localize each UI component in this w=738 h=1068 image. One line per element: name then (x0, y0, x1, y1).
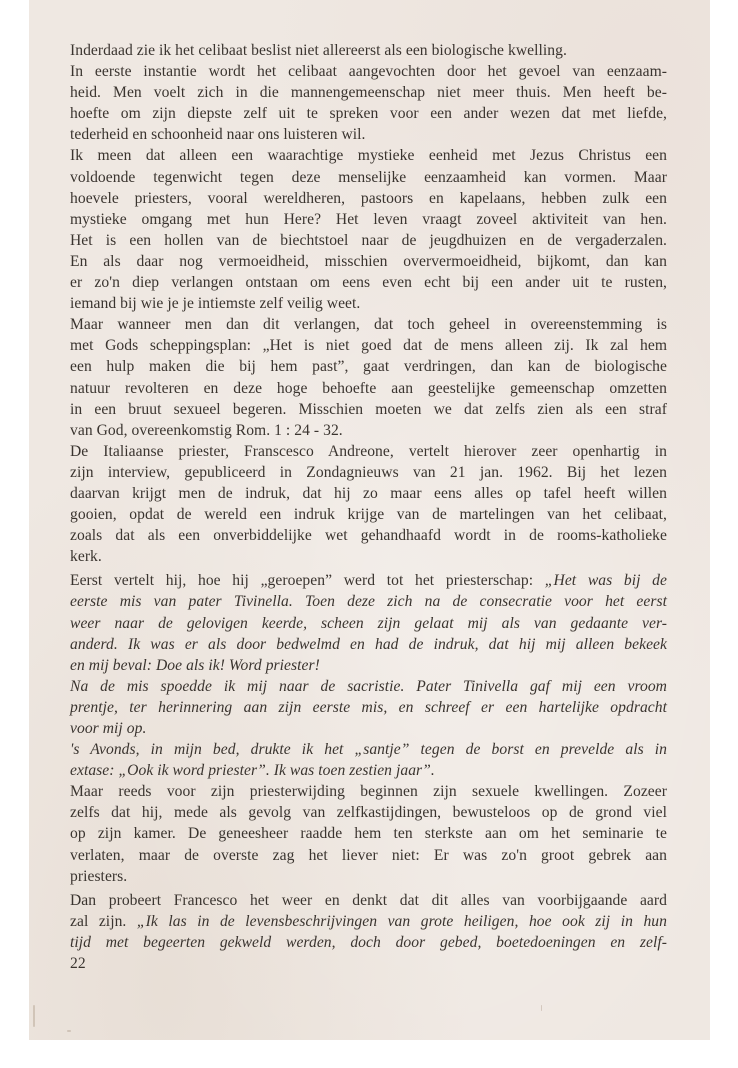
body-text: Maar wanneer men dan dit verlangen, dat … (70, 316, 667, 333)
text-line: De Italiaanse priester, Franscesco Andre… (70, 441, 667, 462)
quoted-text: Na de mis spoedde ik mij naar de sacrist… (70, 678, 667, 695)
body-text: zelfs dat hij, mede als gevolg van zelfk… (70, 804, 667, 821)
text-line: Maar wanneer men dan dit verlangen, dat … (70, 314, 667, 335)
quoted-text: weer naar de gelovigen keerde, scheen zi… (70, 615, 667, 632)
body-text: natuur revolteren en deze hoge behoefte … (70, 380, 667, 397)
text-line: voldoende tegenwicht tegen deze menselij… (70, 167, 667, 188)
text-line: zijn interview, gepubliceerd in Zondagni… (70, 462, 667, 483)
body-text: Het is een hollen van de biechtstoel naa… (70, 232, 667, 249)
text-line: Inderdaad zie ik het celibaat beslist ni… (70, 40, 667, 61)
body-text: verlaten, maar de overste zag het liever… (70, 847, 667, 864)
text-line: extase: „Ook ik word priester”. Ik was t… (70, 760, 667, 781)
quoted-text: tijd met begeerten gekweld werden, doch … (70, 934, 667, 951)
text-line: Eerst vertelt hij, hoe hij „geroepen” we… (70, 570, 667, 591)
text-line: priesters. (70, 866, 667, 887)
body-text: Maar reeds voor zijn priesterwijding beg… (70, 783, 667, 800)
text-line: eerste mis van pater Tivinella. Toen dez… (70, 591, 667, 612)
body-text: zal zijn. (70, 913, 137, 930)
text-line: Na de mis spoedde ik mij naar de sacrist… (70, 676, 667, 697)
body-text: Eerst vertelt hij, hoe hij „geroepen” we… (70, 572, 545, 589)
paper-stain (33, 1005, 35, 1027)
text-line: van God, overeenkomstig Rom. 1 : 24 - 32… (70, 420, 667, 441)
text-line: op zijn kamer. De geneesheer raadde hem … (70, 823, 667, 844)
text-line: gooien, opdat de wereld een indruk krijg… (70, 504, 667, 525)
body-text: op zijn kamer. De geneesheer raadde hem … (70, 825, 667, 842)
quoted-text: „Het was bij de (545, 572, 667, 589)
body-text: Ik meen dat alleen een waarachtige mysti… (70, 147, 667, 164)
text-line: 's Avonds, in mijn bed, drukte ik het „s… (70, 739, 667, 760)
text-line: hoefte om zijn diepste zelf uit te sprek… (70, 103, 667, 124)
paper-stain (541, 1005, 542, 1011)
body-text: De Italiaanse priester, Franscesco Andre… (70, 443, 667, 460)
text-line: zal zijn. „Ik las in de levensbeschrijvi… (70, 911, 667, 932)
text-line: iemand bij wie je je intiemste zelf veil… (70, 293, 667, 314)
quoted-text: voor mij op. (70, 720, 146, 737)
text-line: met Gods scheppingsplan: „Het is niet go… (70, 335, 667, 356)
body-text: er zo'n diep verlangen ontstaan om eens … (70, 274, 667, 291)
text-line: Het is een hollen van de biechtstoel naa… (70, 230, 667, 251)
quoted-text: 's Avonds, in mijn bed, drukte ik het „s… (70, 741, 667, 758)
text-line: Ik meen dat alleen een waarachtige mysti… (70, 145, 667, 166)
text-line: prentje, ter herinnering aan zijn eerste… (70, 697, 667, 718)
text-line: En als daar nog vermoeidheid, misschien … (70, 251, 667, 272)
body-text: hoevele priesters, vooral wereldheren, p… (70, 190, 667, 207)
body-text: met Gods scheppingsplan: „Het is niet go… (70, 337, 667, 354)
body-text: kerk. (70, 548, 102, 565)
body-text: hoefte om zijn diepste zelf uit te sprek… (70, 105, 667, 122)
body-text: tederheid en schoonheid naar ons luister… (70, 126, 366, 143)
text-line: daarvan krijgt men de indruk, dat hij zo… (70, 483, 667, 504)
text-line: In eerste instantie wordt het celibaat a… (70, 61, 667, 82)
text-line: weer naar de gelovigen keerde, scheen zi… (70, 613, 667, 634)
paper-stain (67, 1030, 71, 1032)
text-line: zelfs dat hij, mede als gevolg van zelfk… (70, 802, 667, 823)
body-text: Inderdaad zie ik het celibaat beslist ni… (70, 42, 567, 59)
body-text: zoals dat als een onverbiddelijke wet ge… (70, 527, 667, 544)
quoted-text: eerste mis van pater Tivinella. Toen dez… (70, 593, 667, 610)
quoted-text: en mij beval: Doe als ik! Word priester! (70, 657, 320, 674)
text-line: anderd. Ik was er als door bedwelmd en h… (70, 634, 667, 655)
body-text: gooien, opdat de wereld een indruk krijg… (70, 506, 667, 523)
body-text: voldoende tegenwicht tegen deze menselij… (70, 169, 667, 186)
body-text: heid. Men voelt zich in die mannengemeen… (70, 84, 667, 101)
text-line: en mij beval: Doe als ik! Word priester! (70, 655, 667, 676)
text-line: in een bruut sexueel begeren. Misschien … (70, 399, 667, 420)
body-text: van God, overeenkomstig Rom. 1 : 24 - 32… (70, 422, 343, 439)
quoted-text: „Ik las in de levensbeschrijvingen van g… (137, 913, 667, 930)
quoted-text: anderd. Ik was er als door bedwelmd en h… (70, 636, 667, 653)
text-line: kerk. (70, 546, 667, 567)
body-text: in een bruut sexueel begeren. Misschien … (70, 401, 667, 418)
body-text: zijn interview, gepubliceerd in Zondagni… (70, 464, 667, 481)
body-text: mystieke omgang met hun Here? Het leven … (70, 211, 667, 228)
text-line: hoevele priesters, vooral wereldheren, p… (70, 188, 667, 209)
text-line: mystieke omgang met hun Here? Het leven … (70, 209, 667, 230)
text-line: Dan probeert Francesco het weer en denkt… (70, 890, 667, 911)
body-text: priesters. (70, 868, 127, 885)
page-number: 22 (70, 953, 667, 974)
text-line: er zo'n diep verlangen ontstaan om eens … (70, 272, 667, 293)
body-text: een hulp maken die bij hem past”, gaat v… (70, 358, 667, 375)
text-line: verlaten, maar de overste zag het liever… (70, 845, 667, 866)
text-line: Maar reeds voor zijn priesterwijding beg… (70, 781, 667, 802)
body-text: iemand bij wie je je intiemste zelf veil… (70, 295, 360, 312)
body-text: Dan probeert Francesco het weer en denkt… (70, 892, 667, 909)
text-line: voor mij op. (70, 718, 667, 739)
body-text: En als daar nog vermoeidheid, misschien … (70, 253, 667, 270)
page-body-text: Inderdaad zie ik het celibaat beslist ni… (70, 40, 667, 974)
text-line: zoals dat als een onverbiddelijke wet ge… (70, 525, 667, 546)
text-line: tijd met begeerten gekweld werden, doch … (70, 932, 667, 953)
body-text: In eerste instantie wordt het celibaat a… (70, 63, 667, 80)
text-line: heid. Men voelt zich in die mannengemeen… (70, 82, 667, 103)
text-line: een hulp maken die bij hem past”, gaat v… (70, 356, 667, 377)
quoted-text: extase: „Ook ik word priester”. Ik was t… (70, 762, 435, 779)
body-text: daarvan krijgt men de indruk, dat hij zo… (70, 485, 667, 502)
text-line: tederheid en schoonheid naar ons luister… (70, 124, 667, 145)
quoted-text: prentje, ter herinnering aan zijn eerste… (70, 699, 667, 716)
text-line: natuur revolteren en deze hoge behoefte … (70, 378, 667, 399)
book-page: Inderdaad zie ik het celibaat beslist ni… (29, 0, 710, 1040)
